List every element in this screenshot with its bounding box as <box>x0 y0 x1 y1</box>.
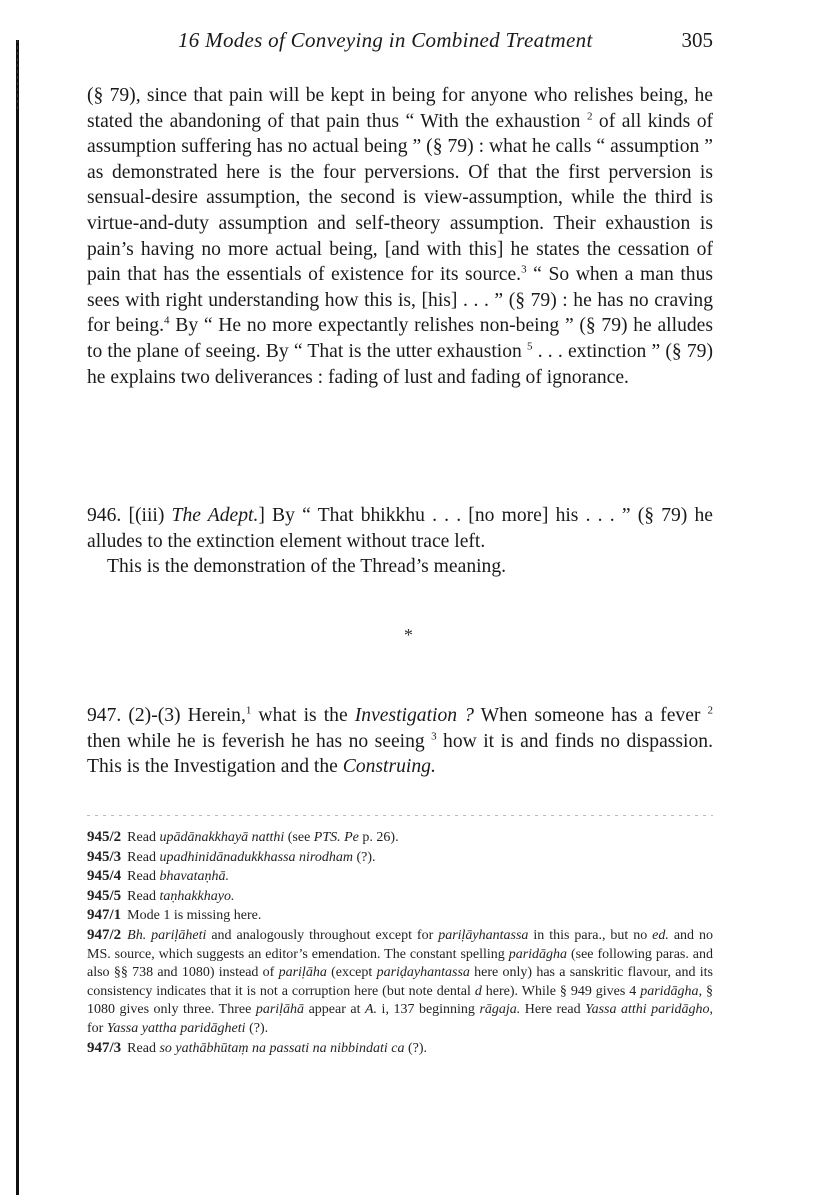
text: (see <box>284 830 314 845</box>
text: Mode 1 is missing here. <box>127 908 261 923</box>
text: Read <box>127 830 159 845</box>
footnote-947-2: 947/2Bh. pariḷāheti and analogously thro… <box>87 926 713 1039</box>
footnote: 945/2Read upādānakkhayā natthi (see PTS.… <box>87 828 713 848</box>
running-title: 16 Modes of Conveying in Combined Treatm… <box>178 28 593 53</box>
text: Here read <box>520 1002 585 1017</box>
paragraph-945-continued: (§ 79), since that pain will be kept in … <box>87 83 713 390</box>
page-number: 305 <box>682 28 714 53</box>
italic-term: Yassa atthi paridāgho <box>585 1002 709 1017</box>
italic-term: Investigation ? <box>355 705 474 726</box>
text: appear at <box>304 1002 365 1017</box>
text: (?). <box>246 1021 269 1036</box>
footnotes: 945/2Read upādānakkhayā natthi (see PTS.… <box>87 828 713 1058</box>
footnote-ref: 945/4 <box>87 868 121 884</box>
italic-term: taṇhakkhayo. <box>159 889 234 904</box>
footnote: 945/5Read taṇhakkhayo. <box>87 887 713 907</box>
text: what is the <box>251 705 354 726</box>
page-header: 16 Modes of Conveying in Combined Treatm… <box>178 28 713 56</box>
section-break-asterisk: * <box>404 625 413 646</box>
text: in this para., but no <box>528 928 652 943</box>
paragraph-946: 946. [(iii) The Adept.] By “ That bhikkh… <box>87 503 713 580</box>
text: (except <box>327 965 377 980</box>
italic-term: so yathābhūtaṃ na passati na nibbindati … <box>159 1041 404 1056</box>
footnote-ref: 945/3 <box>87 849 121 865</box>
text: (?). <box>404 1041 427 1056</box>
closing-sentence: This is the demonstration of the Thread’… <box>87 554 713 580</box>
italic-term: pariḷāhā <box>256 1002 304 1017</box>
paragraph-number: 947. (2)-(3) Herein, <box>87 705 246 726</box>
footnote: 945/3Read upadhinidānadukkhassa nirodham… <box>87 848 713 868</box>
text: i, 137 beginning <box>377 1002 479 1017</box>
italic-term: Construing. <box>343 756 436 777</box>
italic-term: upadhinidānadukkhassa nirodham <box>159 850 353 865</box>
paragraph-947: 947. (2)-(3) Herein,1 what is the Invest… <box>87 703 713 780</box>
footnote-marker: 2 <box>708 704 714 716</box>
italic-term: paridāgha <box>640 984 698 999</box>
text: then while he is feverish he has no seei… <box>87 731 425 752</box>
text: Read <box>127 889 159 904</box>
italic-term: PTS. Pe <box>314 830 359 845</box>
binding-shadow-dashed <box>17 40 18 110</box>
italic-term: bhavataṇhā. <box>159 869 229 884</box>
footnote-ref: 947/3 <box>87 1040 121 1056</box>
text: of all kinds of assumption suffering has… <box>87 111 713 286</box>
binding-shadow <box>16 40 19 1195</box>
italic-term: d <box>475 984 482 999</box>
italic-term: Yassa yattha paridāgheti <box>107 1021 246 1036</box>
footnote-ref: 947/1 <box>87 907 121 923</box>
italic-term: pariḍayhantassa <box>377 965 470 980</box>
paragraph-number: 946. [(iii) <box>87 505 172 526</box>
footnote-ref: 945/2 <box>87 829 121 845</box>
text: Read <box>127 1041 159 1056</box>
italic-term: A. <box>365 1002 377 1017</box>
text: When someone has a fever <box>474 705 701 726</box>
italic-term: Bh. pariḷāheti <box>127 928 206 943</box>
footnote: 947/1Mode 1 is missing here. <box>87 906 713 926</box>
footnote: 945/4Read bhavataṇhā. <box>87 867 713 887</box>
italic-term: pariḷāha <box>279 965 327 980</box>
footnote-separator <box>87 815 713 816</box>
text: here). While § 949 gives 4 <box>482 984 640 999</box>
text: (?). <box>353 850 376 865</box>
text: and analogously throughout except for <box>206 928 438 943</box>
italic-term: ed. <box>652 928 669 943</box>
text: p. 26). <box>359 830 399 845</box>
italic-term: paridāgha <box>509 947 567 962</box>
footnote-ref: 945/5 <box>87 888 121 904</box>
italic-term: pariḷāyhantassa <box>438 928 528 943</box>
italic-term: upādānakkhayā natthi <box>159 830 284 845</box>
text: Read <box>127 850 159 865</box>
section-heading: The Adept. <box>172 505 259 526</box>
italic-term: rāgaja. <box>479 1002 520 1017</box>
footnote-ref: 947/2 <box>87 927 121 943</box>
footnote-947-3: 947/3Read so yathābhūtaṃ na passati na n… <box>87 1039 713 1059</box>
text: Read <box>127 869 159 884</box>
